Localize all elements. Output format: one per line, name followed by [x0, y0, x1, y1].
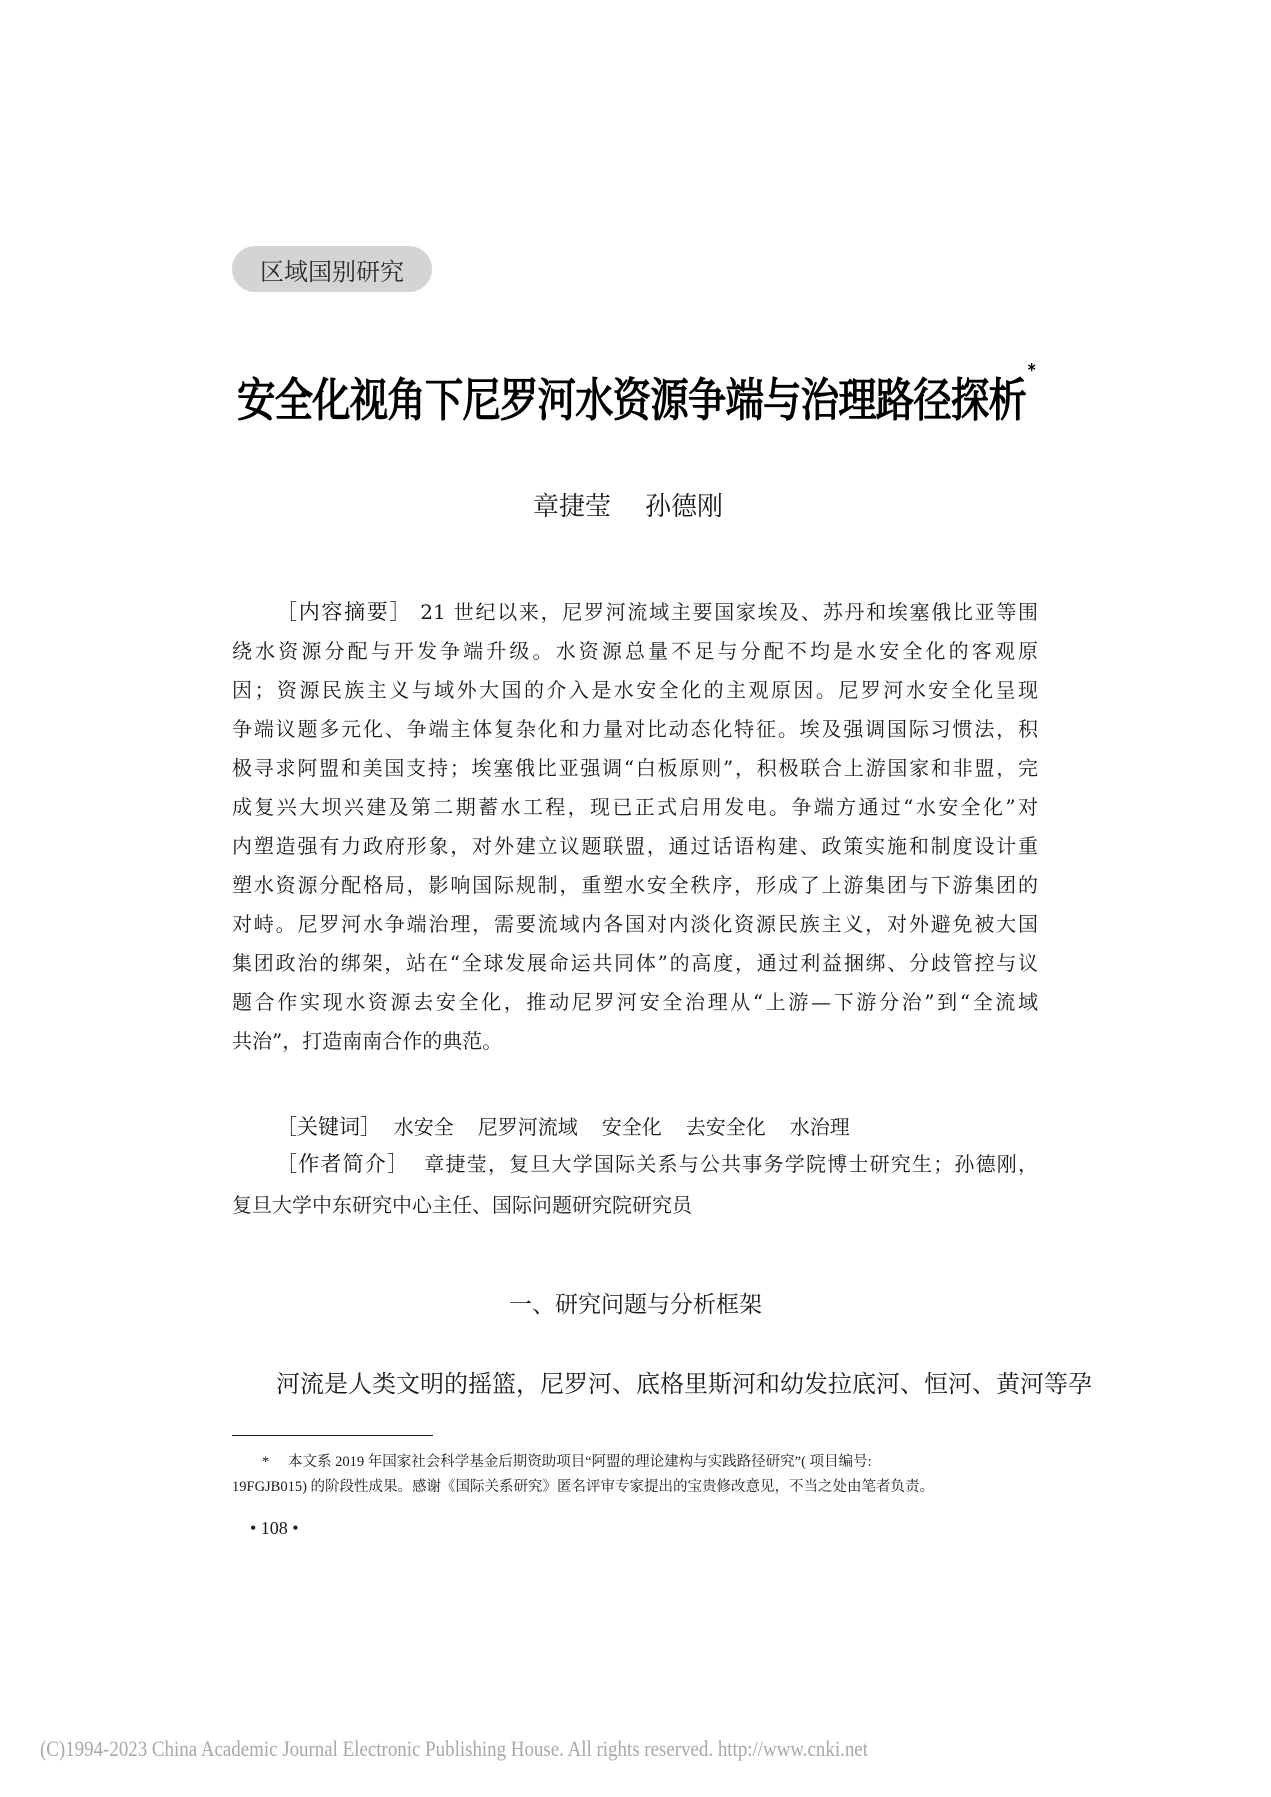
abstract-line: ［内容摘要］ 21 世纪以来，尼罗河流域主要国家埃及、苏丹和埃塞俄比亚等围 — [232, 600, 1038, 624]
abstract-line: 对峙。尼罗河水争端治理，需要流域内各国对内淡化资源民族主义，对外避免被大国 — [232, 912, 1038, 936]
title-footnote-marker[interactable]: * — [1028, 360, 1035, 381]
page-number: • 108 • — [250, 1518, 299, 1539]
abstract-line: 塑水资源分配格局，影响国际规制，重塑水安全秩序，形成了上游集团与下游集团的 — [232, 873, 1038, 897]
keyword: 水治理 — [790, 1115, 850, 1139]
abstract-line: 集团政治的绑架，站在“全球发展命运共同体”的高度，通过利益捆绑、分歧管控与议 — [232, 951, 1038, 975]
author-2: 孙德刚 — [645, 492, 723, 522]
keyword: 去安全化 — [686, 1115, 766, 1139]
abstract-line: 极寻求阿盟和美国支持；埃塞俄比亚强调“白板原则”，积极联合上游国家和非盟，完 — [232, 756, 1038, 780]
abstract-line: 因；资源民族主义与域外大国的介入是水安全化的主观原因。尼罗河水安全化呈现 — [232, 678, 1038, 702]
author-1: 章捷莹 — [533, 492, 611, 522]
footnote-marker: * — [262, 1453, 288, 1471]
abstract-line: 题合作实现水资源去安全化，推动尼罗河安全治理从“上游—下游分治”到“全流域 — [232, 990, 1038, 1014]
abstract-line: 成复兴大坝兴建及第二期蓄水工程，现已正式启用发电。争端方通过“水安全化”对 — [232, 795, 1038, 819]
body-paragraph-line: 河流是人类文明的摇篮，尼罗河、底格里斯河和幼发拉底河、恒河、黄河等孕 — [276, 1370, 1038, 1398]
author-intro-label: ［作者简介］ — [276, 1152, 409, 1176]
abstract-line: 共治”，打造南南合作的典范。 — [232, 1029, 1038, 1053]
footnote-divider — [232, 1435, 433, 1436]
author-intro-line: ［作者简介］ 章捷莹，复旦大学国际关系与公共事务学院博士研究生；孙德刚， — [232, 1152, 1038, 1176]
abstract-line: 绕水资源分配与开发争端升级。水资源总量不足与分配不均是水安全化的客观原 — [232, 639, 1038, 663]
keyword: 水安全 — [394, 1115, 454, 1139]
keyword: 尼罗河流域 — [478, 1115, 578, 1139]
keywords: ［关键词］ 水安全尼罗河流域安全化去安全化水治理 — [232, 1115, 1038, 1139]
article-title-text: 安全化视角下尼罗河水资源争端与治理路径探析 — [237, 373, 1026, 427]
article-title: 安全化视角下尼罗河水资源争端与治理路径探析* — [237, 364, 1035, 430]
column-tag: 区域国别研究 — [232, 246, 432, 292]
author-intro-line: 复旦大学中东研究中心主任、国际问题研究院研究员 — [232, 1193, 1038, 1217]
keywords-label: ［关键词］ — [276, 1115, 381, 1139]
footnote-line: 19FGJB015) 的阶段性成果。感谢《国际关系研究》匿名评审专家提出的宝贵修… — [232, 1478, 1038, 1496]
copyright-notice: (C)1994-2023 China Academic Journal Elec… — [40, 1736, 868, 1762]
abstract-line: 内塑造强有力政府形象，对外建立议题联盟，通过话语构建、政策实施和制度设计重 — [232, 834, 1038, 858]
section-heading: 一、研究问题与分析框架 — [0, 1286, 1271, 1319]
footnote-line: *本文系 2019 年国家社会科学基金后期资助项目“阿盟的理论建构与实践路径研究… — [232, 1453, 1038, 1471]
abstract-line: 争端议题多元化、争端主体复杂化和力量对比动态化特征。埃及强调国际习惯法，积 — [232, 717, 1038, 741]
authors: 章捷莹孙德刚 — [533, 486, 723, 523]
abstract-label: ［内容摘要］ — [276, 600, 412, 624]
keyword: 安全化 — [602, 1115, 662, 1139]
